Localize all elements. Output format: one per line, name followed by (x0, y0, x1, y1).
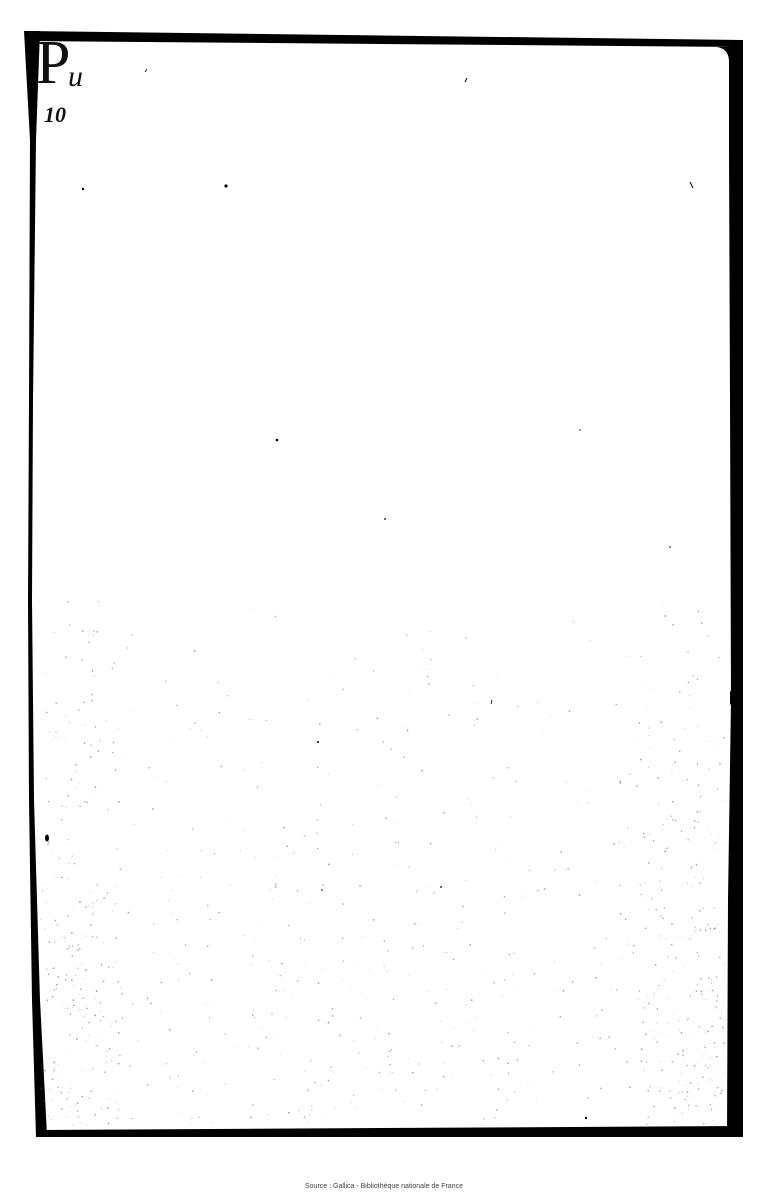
corner-detail (716, 47, 729, 60)
page-frame (0, 0, 768, 1203)
scan-specks (45, 69, 734, 1119)
right-border (727, 40, 743, 1137)
left-border (24, 31, 47, 1137)
top-border (26, 31, 742, 47)
shelfmark-number: 10 (44, 104, 66, 126)
shelfmark-letter: P (36, 32, 70, 94)
shelfmark-suffix: u (68, 62, 83, 92)
source-caption: Source : Gallica - Bibliothèque national… (0, 1183, 768, 1190)
scanned-page: P u 10 (0, 0, 768, 1203)
bottom-border (36, 1126, 742, 1137)
scan-noise (40, 601, 725, 1126)
